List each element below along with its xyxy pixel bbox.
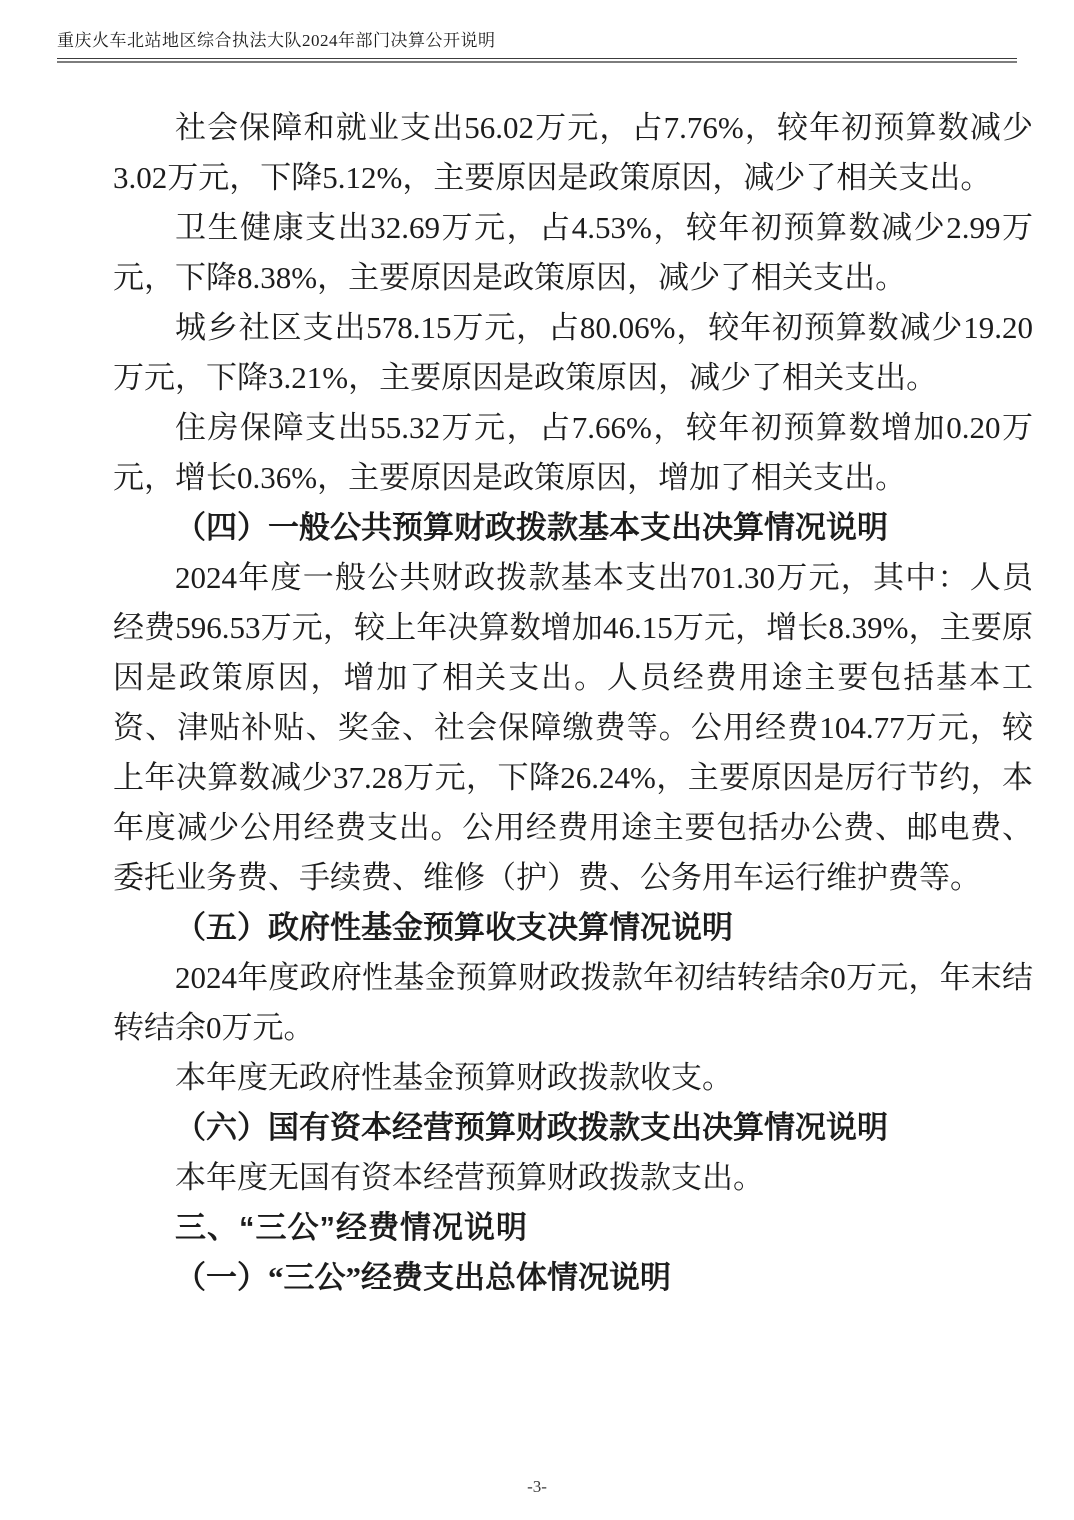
- header-rule-thick: [57, 61, 1017, 63]
- section-heading: （一）“三公”经费支出总体情况说明: [113, 1253, 1033, 1303]
- document-body: 社会保障和就业支出56.02万元，占7.76%，较年初预算数减少3.02万元，下…: [113, 103, 1033, 1303]
- section-heading: （五）政府性基金预算收支决算情况说明: [113, 903, 1033, 953]
- document-page: 重庆火车北站地区综合执法大队2024年部门决算公开说明 社会保障和就业支出56.…: [0, 0, 1074, 1520]
- section-heading: 三、“三公”经费情况说明: [113, 1203, 1033, 1253]
- body-paragraph: 本年度无政府性基金预算财政拨款收支。: [113, 1053, 1033, 1103]
- body-paragraph: 2024年度政府性基金预算财政拨款年初结转结余0万元，年末结转结余0万元。: [113, 953, 1033, 1053]
- body-paragraph: 本年度无国有资本经营预算财政拨款支出。: [113, 1153, 1033, 1203]
- page-header-title: 重庆火车北站地区综合执法大队2024年部门决算公开说明: [57, 26, 1017, 51]
- header-rule-thin: [57, 58, 1017, 59]
- body-paragraph: 2024年度一般公共财政拨款基本支出701.30万元，其中：人员经费596.53…: [113, 553, 1033, 903]
- page-footer: -3-: [0, 1477, 1074, 1497]
- page-header: 重庆火车北站地区综合执法大队2024年部门决算公开说明: [57, 26, 1017, 63]
- body-paragraph: 社会保障和就业支出56.02万元，占7.76%，较年初预算数减少3.02万元，下…: [113, 103, 1033, 203]
- page-number: -3-: [527, 1477, 547, 1496]
- body-paragraph: 住房保障支出55.32万元，占7.66%，较年初预算数增加0.20万元，增长0.…: [113, 403, 1033, 503]
- section-heading: （四）一般公共预算财政拨款基本支出决算情况说明: [113, 503, 1033, 553]
- body-paragraph: 城乡社区支出578.15万元，占80.06%，较年初预算数减少19.20万元，下…: [113, 303, 1033, 403]
- section-heading: （六）国有资本经营预算财政拨款支出决算情况说明: [113, 1103, 1033, 1153]
- body-paragraph: 卫生健康支出32.69万元，占4.53%，较年初预算数减少2.99万元，下降8.…: [113, 203, 1033, 303]
